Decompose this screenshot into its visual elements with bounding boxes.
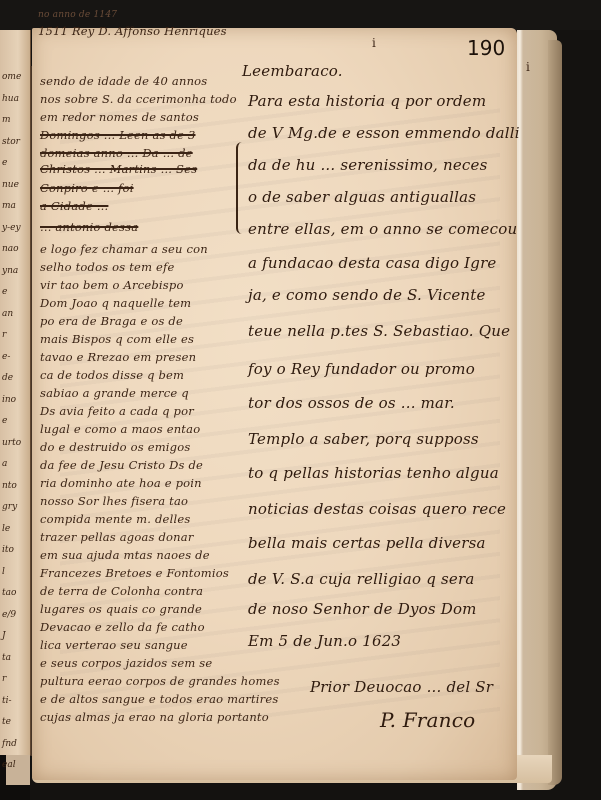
- left-column-line: 1511 Rey D. Affonso Henriques: [38, 24, 227, 38]
- right-column-line: bella mais certas pella diversa: [248, 534, 486, 552]
- right-column-line: ja, e como sendo de S. Vicente: [248, 286, 486, 304]
- left-column-line: a Cidade ...: [40, 199, 108, 213]
- left-column-line: pultura eerao corpos de grandes homes: [40, 674, 280, 688]
- left-column-line: po era de Braga e os de: [40, 314, 183, 328]
- left-column-line: nos sobre S. da ccerimonha todo: [40, 92, 237, 106]
- left-column-line: sendo de idade de 40 annos: [40, 74, 207, 88]
- right-column-line: o de saber alguas antiguallas: [248, 188, 476, 206]
- facing-page-fragment: de: [2, 373, 13, 383]
- facing-page-fragment: stor: [2, 137, 20, 147]
- facing-page-fragment: ino: [2, 395, 16, 405]
- left-column-line: Ds avia feito a cada q por: [40, 404, 194, 418]
- left-column-line: Dom Joao q naquelle tem: [40, 296, 191, 310]
- right-column-line: teue nella p.tes S. Sebastiao. Que: [248, 322, 510, 340]
- right-column-line: Em 5 de Jun.o 1623: [248, 632, 401, 650]
- facing-page-fragment: e: [2, 287, 7, 297]
- right-column-line: to q pellas historias tenho algua: [248, 464, 499, 482]
- facing-page-fragment: hua: [2, 94, 19, 104]
- left-column-line: mais Bispos q com elle es: [40, 332, 194, 346]
- facing-page-fragment: r: [2, 674, 6, 684]
- facing-page-fragment: ome: [2, 72, 21, 82]
- facing-page-fragment: nto: [2, 481, 17, 491]
- left-column-line: trazer pellas agoas donar: [40, 530, 194, 544]
- facing-page-fragment: r: [2, 330, 6, 340]
- facing-page-fragment: J: [2, 631, 6, 641]
- closing-line: Prior Deuocao ... del Sr: [310, 678, 493, 696]
- left-column-line: tavao e Rrezao em presen: [40, 350, 196, 364]
- facing-page-fragment: y-ey: [2, 223, 21, 233]
- facing-page-fragment: urto: [2, 438, 21, 448]
- facing-page-fragment: le: [2, 524, 10, 534]
- corner-mark: i: [526, 60, 530, 74]
- left-column-line: ria dominho ate hoa e poin: [40, 476, 202, 490]
- left-column-line: e de altos sangue e todos erao martires: [40, 692, 278, 706]
- left-column-line: e seus corpos jazidos sem se: [40, 656, 212, 670]
- right-column-line: noticias destas coisas quero rece: [248, 500, 506, 518]
- left-column-line: em sua ajuda mtas naoes de: [40, 548, 210, 562]
- left-column-line: do e destruido os emigos: [40, 440, 190, 454]
- left-column-line: ... antonio dessa: [40, 220, 138, 234]
- left-column-line: da fee de Jesu Cristo Ds de: [40, 458, 203, 472]
- left-column-line: Conpiro e ... foi: [40, 181, 134, 195]
- right-column-line: Leembaraco.: [242, 62, 343, 80]
- left-column-line: lica verterao seu sangue: [40, 638, 188, 652]
- right-column-line: da de hu ... serenissimo, neces: [248, 156, 488, 174]
- facing-page-fragment: ma: [2, 201, 16, 211]
- right-column-line: de V Mg.de e esson emmendo dalli: [248, 124, 520, 142]
- right-column-line: a fundacao desta casa digo Igre: [248, 254, 497, 272]
- facing-page-fragment: e/9: [2, 610, 16, 620]
- facing-page-fragment: m: [2, 115, 11, 125]
- left-column-line: Devacao e zello da fe catho: [40, 620, 205, 634]
- facing-page-fragment: l: [2, 567, 5, 577]
- facing-page-fragment: nue: [2, 180, 19, 190]
- marginal-bracket: [236, 142, 246, 234]
- facing-page-fragment: e: [2, 416, 7, 426]
- facing-page-fragment: an: [2, 309, 13, 319]
- right-column-line: de noso Senhor de Dyos Dom: [248, 600, 477, 618]
- right-column-line: tor dos ossos de os ... mar.: [248, 394, 455, 412]
- facing-page-fragment: fnd: [2, 739, 17, 749]
- left-column-line: no anno de 1147: [38, 10, 117, 20]
- facing-page-fragment: eal: [2, 760, 16, 770]
- left-column-line: domeias anno ... Da ... de: [40, 146, 193, 160]
- left-column-line: e logo fez chamar a seu con: [40, 242, 208, 256]
- left-column-line: Francezes Bretoes e Fontomios: [40, 566, 229, 580]
- left-column-line: lugares os quais co grande: [40, 602, 202, 616]
- facing-page-fragment: tao: [2, 588, 16, 598]
- left-column-line: em redor nomes de santos: [40, 110, 199, 124]
- left-column-line: selho todos os tem efe: [40, 260, 175, 274]
- signature: P. Franco: [380, 708, 475, 732]
- left-column-line: lugal e como a maos entao: [40, 422, 200, 436]
- binding-gutter: [30, 66, 32, 756]
- facing-page-fragment: yna: [2, 266, 18, 276]
- left-column-line: vir tao bem o Arcebispo: [40, 278, 184, 292]
- right-column-line: foy o Rey fundador ou promo: [248, 360, 475, 378]
- right-column-line: Para esta historia q por ordem: [248, 92, 486, 110]
- facing-page-fragment: nao: [2, 244, 19, 254]
- left-column-line: Christos ... Martins ... Ses: [40, 162, 197, 176]
- facing-page-fragment: gry: [2, 502, 17, 512]
- facing-page-fragment: ta: [2, 653, 11, 663]
- right-column-line: Templo a saber, porq supposs: [248, 430, 479, 448]
- top-mark: i: [372, 36, 376, 50]
- right-column-line: de V. S.a cuja relligiao q sera: [248, 570, 474, 588]
- left-column-line: ca de todos disse q bem: [40, 368, 184, 382]
- facing-page-fragment: e: [2, 158, 7, 168]
- page-stack-edge: [548, 40, 562, 785]
- manuscript-scan: i i 190 omehuamstorenuemay-eynaoynaeanre…: [0, 0, 601, 800]
- folio-number: 190: [467, 36, 505, 60]
- left-column-line: compida mente m. delles: [40, 512, 190, 526]
- facing-page-fragment: ito: [2, 545, 14, 555]
- facing-page-fragment: te: [2, 717, 11, 727]
- left-column-line: Domingos ... Leen as de 3: [40, 128, 195, 142]
- left-column-line: de terra de Colonha contra: [40, 584, 203, 598]
- facing-page-fragment: a: [2, 459, 7, 469]
- left-column-line: cujas almas ja erao na gloria portanto: [40, 710, 269, 724]
- left-column-line: sabiao a grande merce q: [40, 386, 189, 400]
- right-column-line: entre ellas, em o anno se comecou: [248, 220, 517, 238]
- facing-page-fragment: ti-: [2, 696, 12, 706]
- facing-page-fragment: e-: [2, 352, 10, 362]
- left-column-line: nosso Sor lhes fisera tao: [40, 494, 188, 508]
